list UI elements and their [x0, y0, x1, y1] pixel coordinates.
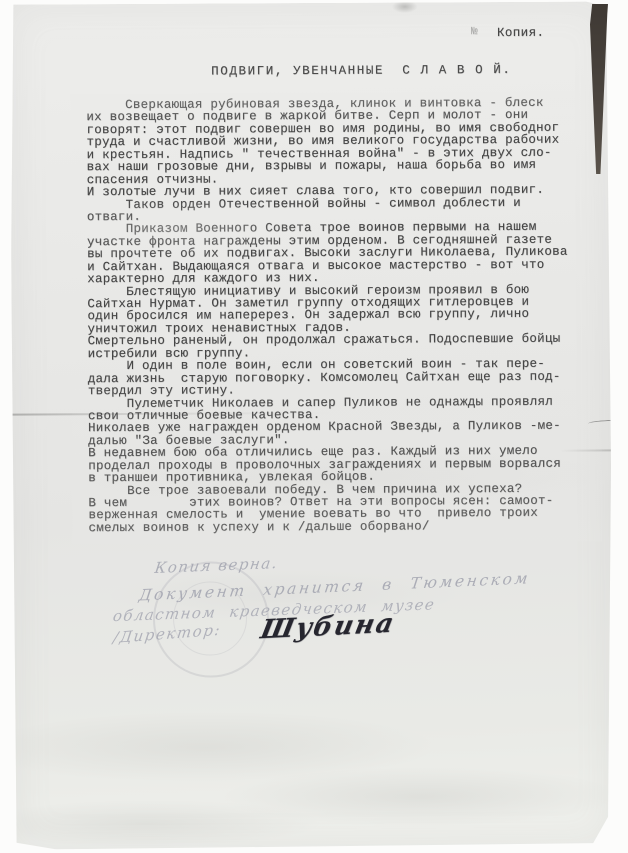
scan-smudge	[388, 2, 422, 16]
typed-line: Смертельно раненый, он продолжал сражать…	[88, 333, 598, 348]
typed-line: Таков орден Отечественной войны - символ…	[87, 196, 597, 211]
typed-body: Сверкающая рубиновая звезда, клинок и ви…	[86, 97, 598, 535]
typed-line: смелых воинов к успеху и к /дальше оборв…	[89, 519, 599, 534]
handwritten-signature: Шубина	[258, 608, 398, 645]
faint-number-mark: №	[471, 26, 478, 38]
scanned-document: № Копия. ПОДВИГИ, УВЕНЧАННЫЕ С Л А В О Й…	[0, 0, 628, 853]
document-title: ПОДВИГИ, УВЕНЧАННЫЕ С Л А В О Й.	[211, 63, 511, 79]
typed-line: вах наши грозовые дни, взрывы и пожары, …	[87, 159, 597, 174]
copy-label: Копия.	[497, 26, 544, 40]
typed-line: Николаев уже награжден орденом Красной З…	[88, 420, 598, 435]
paper-sheet: № Копия. ПОДВИГИ, УВЕНЧАННЫЕ С Л А В О Й…	[10, 1, 614, 849]
handwritten-copy-certified: Копия верна.	[154, 554, 280, 577]
